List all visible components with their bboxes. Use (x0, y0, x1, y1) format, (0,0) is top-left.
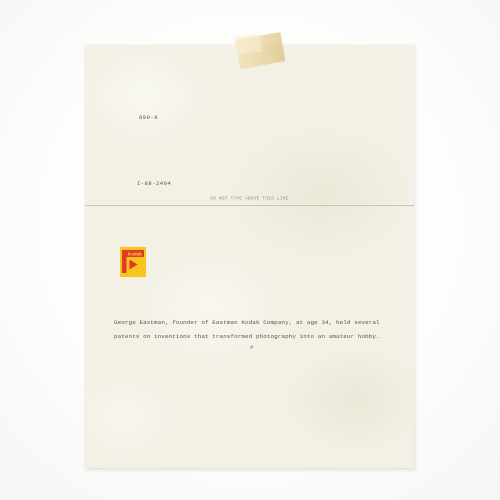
kodak-logo: Kodak (120, 247, 146, 277)
end-of-caption-mark: # (250, 345, 253, 351)
photo-code: 890-8 (139, 115, 158, 121)
do-not-type-label: DO NOT TYPE ABOVE THIS LINE (85, 196, 414, 201)
divider-line (85, 205, 414, 206)
tape-highlight (234, 34, 262, 55)
kodak-red-strip (122, 250, 127, 273)
kodak-logo-graphic: Kodak (120, 247, 146, 277)
caption-line-1: George Eastman, founder of Eastman Kodak… (114, 319, 380, 326)
caption-line-2: patents on inventions that transformed p… (114, 333, 380, 340)
kodak-wordmark: Kodak (128, 252, 142, 257)
photo-background: 890-8 I-88-2404 DO NOT TYPE ABOVE THIS L… (0, 0, 500, 500)
caption-sheet: 890-8 I-88-2404 DO NOT TYPE ABOVE THIS L… (85, 45, 414, 468)
negative-number: I-88-2404 (137, 181, 171, 187)
